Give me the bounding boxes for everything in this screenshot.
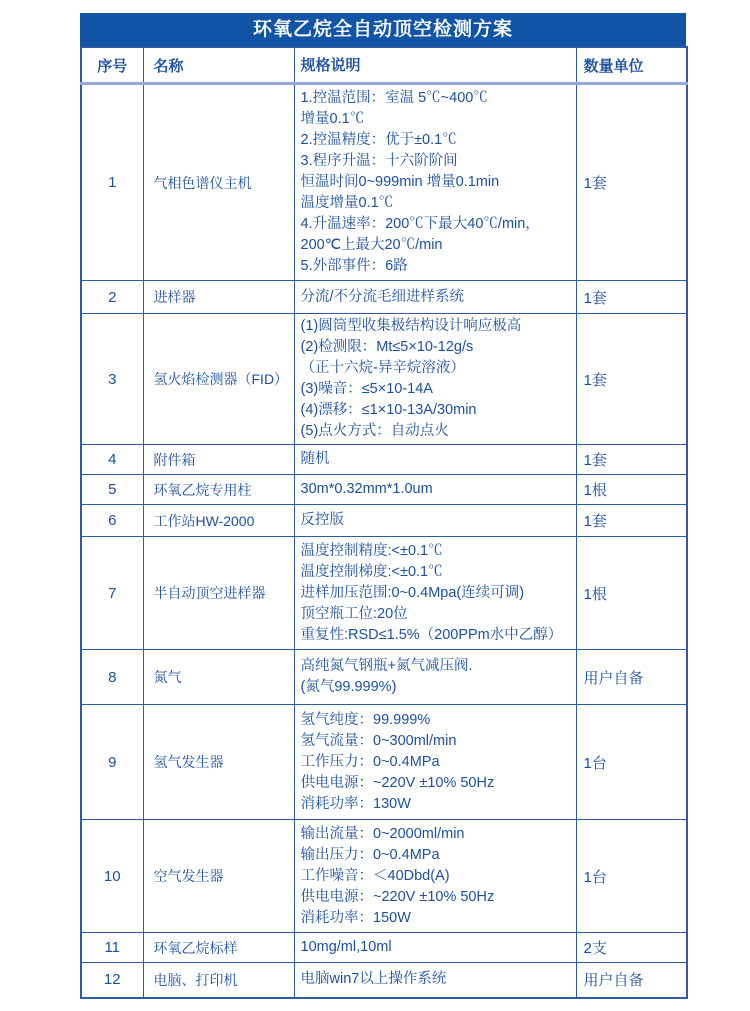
row-number-cell: 4 [81,445,143,475]
spec-cell: 1.控温范围：室温 5℃~400℃ 增量0.1℃ 2.控温精度：优于±0.1℃ … [294,84,576,281]
qty-cell: 2支 [576,933,687,963]
table-row: 7 半自动顶空进样器 温度控制精度:<±0.1℃ 温度控制梯度:<±0.1℃ 进… [81,537,687,650]
spec-cell: 随机 [294,445,576,475]
spec-cell: 电脑win7以上操作系统 [294,963,576,998]
header-spec: 规格说明 [294,47,576,84]
item-name-cell: 氮气 [143,650,294,705]
row-number-cell: 10 [81,820,143,933]
header-qty: 数量单位 [576,47,687,84]
spec-cell: 氢气纯度：99.999% 氢气流量：0~300ml/min 工作压力：0~0.4… [294,705,576,820]
item-name-cell: 工作站HW-2000 [143,505,294,537]
row-number-cell: 12 [81,963,143,998]
table-row: 1 气相色谱仪主机 1.控温范围：室温 5℃~400℃ 增量0.1℃ 2.控温精… [81,84,687,281]
item-name-cell: 氢火焰检测器（FID） [143,314,294,445]
spec-cell: 反控版 [294,505,576,537]
qty-cell: 1根 [576,537,687,650]
spec-cell: 30m*0.32mm*1.0um [294,475,576,505]
item-name-cell: 半自动顶空进样器 [143,537,294,650]
item-name-cell: 环氧乙烷标样 [143,933,294,963]
row-number-cell: 7 [81,537,143,650]
spec-sheet: 环氧乙烷全自动顶空检测方案 序号 名称 规格说明 数量单位 1 气相色谱仪主机 … [80,13,686,999]
row-number-cell: 6 [81,505,143,537]
header-no: 序号 [81,47,143,84]
qty-cell: 1套 [576,314,687,445]
qty-cell: 1套 [576,84,687,281]
table-row: 3 氢火焰检测器（FID） (1)圆筒型收集极结构设计响应极高 (2)检测限：M… [81,314,687,445]
spec-cell: 分流/不分流毛细进样系统 [294,281,576,314]
table-row: 10 空气发生器 输出流量：0~2000ml/min 输出压力：0~0.4MPa… [81,820,687,933]
table-row: 11 环氧乙烷标样 10mg/ml,10ml 2支 [81,933,687,963]
item-name-cell: 空气发生器 [143,820,294,933]
spec-cell: 温度控制精度:<±0.1℃ 温度控制梯度:<±0.1℃ 进样加压范围:0~0.4… [294,537,576,650]
row-number-cell: 3 [81,314,143,445]
spec-cell: (1)圆筒型收集极结构设计响应极高 (2)检测限：Mt≤5×10-12g/s （… [294,314,576,445]
item-name-cell: 进样器 [143,281,294,314]
table-row: 6 工作站HW-2000 反控版 1套 [81,505,687,537]
table-row: 8 氮气 高纯氮气钢瓶+氮气减压阀. (氮气99.999%) 用户自备 [81,650,687,705]
item-name-cell: 附件箱 [143,445,294,475]
table-row: 9 氢气发生器 氢气纯度：99.999% 氢气流量：0~300ml/min 工作… [81,705,687,820]
spec-cell: 输出流量：0~2000ml/min 输出压力：0~0.4MPa 工作噪音：＜40… [294,820,576,933]
row-number-cell: 2 [81,281,143,314]
qty-cell: 用户自备 [576,650,687,705]
row-number-cell: 5 [81,475,143,505]
row-number-cell: 8 [81,650,143,705]
table-row: 5 环氧乙烷专用柱 30m*0.32mm*1.0um 1根 [81,475,687,505]
spec-table: 序号 名称 规格说明 数量单位 1 气相色谱仪主机 1.控温范围：室温 5℃~4… [80,46,688,999]
header-name: 名称 [143,47,294,84]
page-title: 环氧乙烷全自动顶空检测方案 [80,13,686,46]
qty-cell: 1台 [576,705,687,820]
row-number-cell: 11 [81,933,143,963]
qty-cell: 用户自备 [576,963,687,998]
spec-cell: 高纯氮气钢瓶+氮气减压阀. (氮气99.999%) [294,650,576,705]
spec-cell: 10mg/ml,10ml [294,933,576,963]
qty-cell: 1根 [576,475,687,505]
qty-cell: 1套 [576,445,687,475]
table-row: 2 进样器 分流/不分流毛细进样系统 1套 [81,281,687,314]
document-page: 环氧乙烷全自动顶空检测方案 序号 名称 规格说明 数量单位 1 气相色谱仪主机 … [0,0,750,1011]
qty-cell: 1套 [576,505,687,537]
table-header-row: 序号 名称 规格说明 数量单位 [81,47,687,84]
item-name-cell: 气相色谱仪主机 [143,84,294,281]
item-name-cell: 氢气发生器 [143,705,294,820]
item-name-cell: 环氧乙烷专用柱 [143,475,294,505]
row-number-cell: 9 [81,705,143,820]
item-name-cell: 电脑、打印机 [143,963,294,998]
row-number-cell: 1 [81,84,143,281]
table-row: 12 电脑、打印机 电脑win7以上操作系统 用户自备 [81,963,687,998]
table-row: 4 附件箱 随机 1套 [81,445,687,475]
qty-cell: 1台 [576,820,687,933]
qty-cell: 1套 [576,281,687,314]
